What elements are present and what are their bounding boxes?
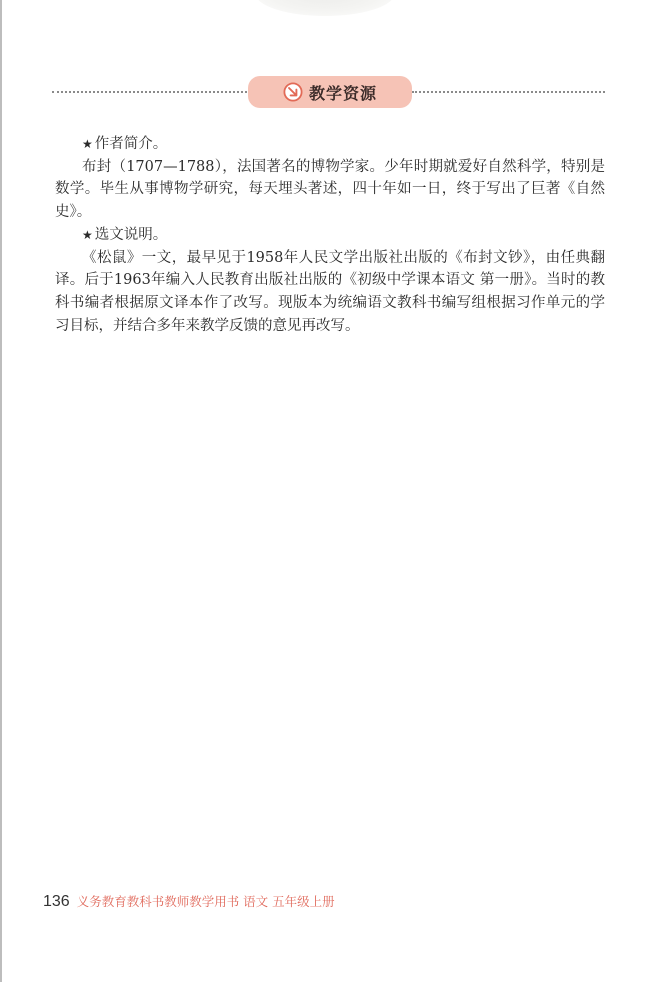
book-title: 义务教育教科书教师教学用书 语文 五年级上册 <box>77 892 335 910</box>
author-intro-paragraph: 布封（1707—1788），法国著名的博物学家。少年时期就爱好自然科学，特别是数… <box>55 156 605 224</box>
star-icon: ★ <box>82 228 93 242</box>
section-header: 教学资源 <box>52 76 605 108</box>
author-intro-heading-text: 作者简介。 <box>95 136 168 152</box>
selection-note-paragraph: 《松鼠》一文，最早见于1958年人民文学出版社出版的《布封文钞》，由任典翻译。后… <box>55 247 605 338</box>
top-shadow <box>255 0 395 16</box>
selection-note-heading: ★选文说明。 <box>55 224 605 247</box>
section-title: 教学资源 <box>309 81 377 104</box>
star-icon: ★ <box>82 137 93 151</box>
content-body: ★作者简介。 布封（1707—1788），法国著名的博物学家。少年时期就爱好自然… <box>55 133 605 337</box>
section-badge: 教学资源 <box>248 76 412 108</box>
page-footer: 136 义务教育教科书教师教学用书 语文 五年级上册 <box>43 892 335 911</box>
down-right-arrow-circle-icon <box>283 82 303 102</box>
page-edge <box>0 0 2 982</box>
page-number: 136 <box>43 893 70 911</box>
selection-note-heading-text: 选文说明。 <box>95 227 168 243</box>
dotted-divider-right <box>412 91 605 93</box>
author-intro-heading: ★作者简介。 <box>55 133 605 156</box>
dotted-divider-left <box>52 91 247 93</box>
